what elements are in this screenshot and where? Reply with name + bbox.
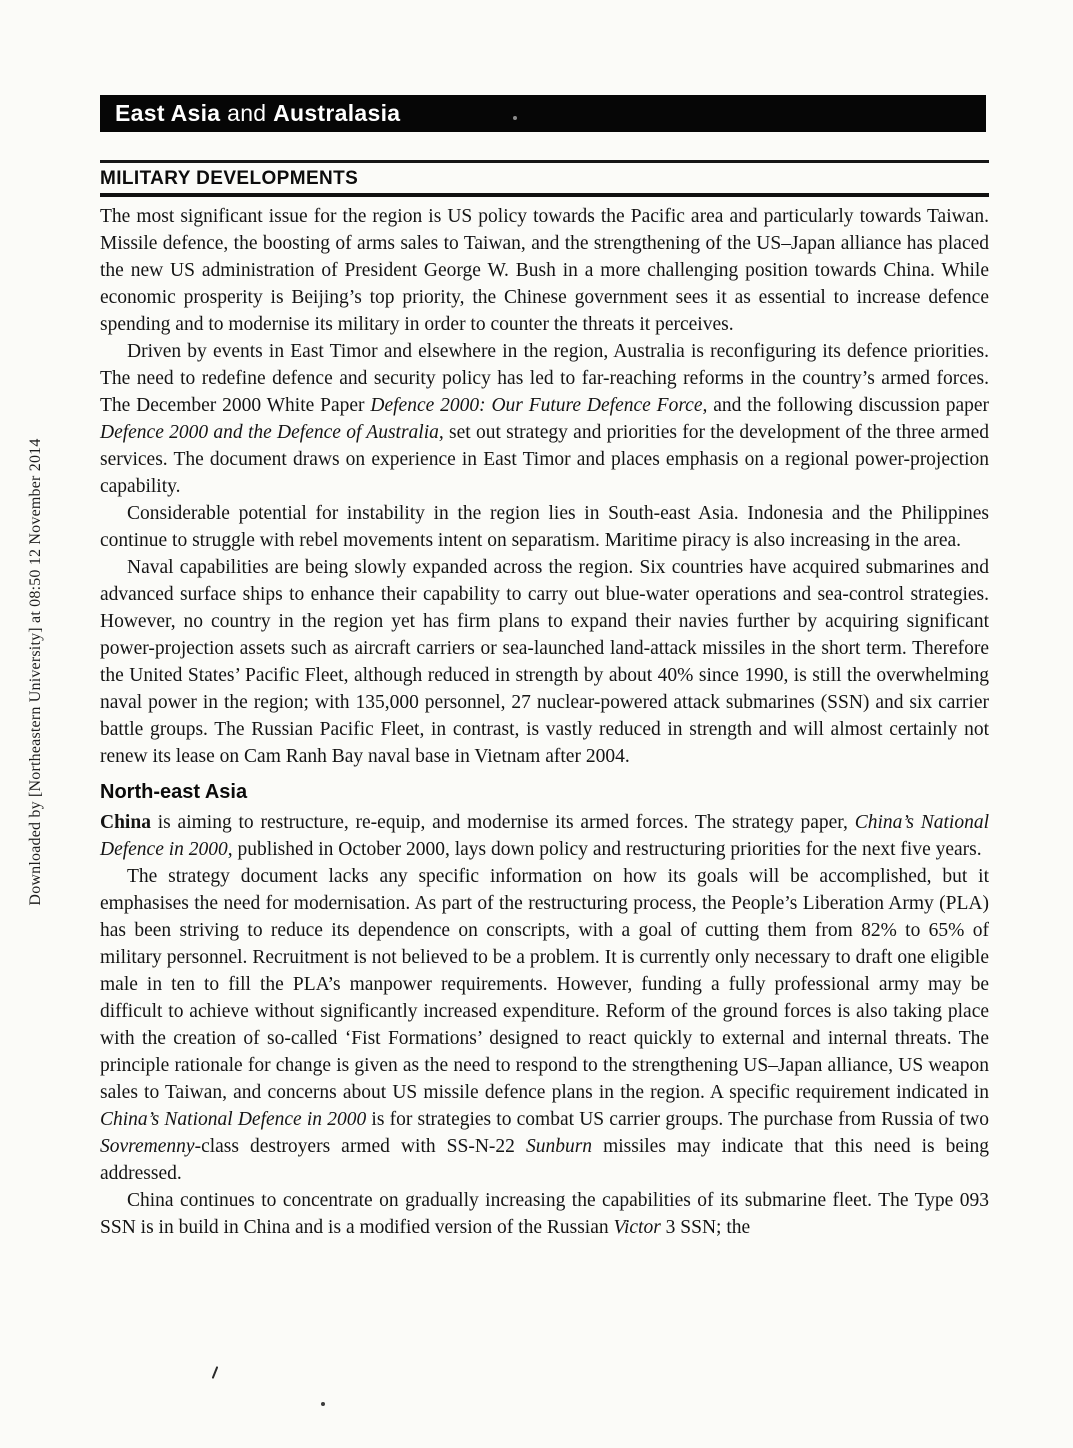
text-run: -class destroyers armed with SS-N-22 — [195, 1136, 526, 1157]
chapter-title: East Asia and Australasia — [115, 100, 400, 127]
text-run: Defence 2000: Our Future Defence Force, — [370, 395, 707, 416]
paragraph: Considerable potential for instability i… — [100, 500, 989, 554]
text-run: China’s National Defence in 2000 — [100, 1109, 366, 1130]
paragraph: China is aiming to restructure, re-equip… — [100, 809, 989, 863]
download-watermark: Downloaded by [Northeastern University] … — [27, 438, 45, 905]
scan-artifact-speck — [513, 116, 517, 120]
text-run: The strategy document lacks any specific… — [100, 866, 989, 1103]
text-run: Sovremenny — [100, 1136, 195, 1157]
page-content: East Asia and Australasia MILITARY DEVEL… — [100, 95, 989, 1241]
scan-artifact-tick — [212, 1366, 219, 1379]
text-run: 3 SSN; the — [661, 1217, 750, 1238]
paragraph: The most significant issue for the regio… — [100, 203, 989, 338]
chapter-banner: East Asia and Australasia — [100, 95, 986, 132]
body-text: The most significant issue for the regio… — [100, 203, 989, 1241]
text-run: and — [220, 100, 273, 126]
text-run: , published in October 2000, lays down p… — [228, 839, 982, 860]
text-run: Sunburn — [526, 1136, 592, 1157]
text-run: Defence 2000 and the Defence of Australi… — [100, 422, 444, 443]
text-run: Victor — [613, 1217, 660, 1238]
text-run: Australasia — [273, 100, 400, 126]
text-run: East Asia — [115, 100, 220, 126]
section-heading: MILITARY DEVELOPMENTS — [100, 168, 989, 190]
subsection-heading: North-east Asia — [100, 781, 989, 804]
text-run: China — [100, 812, 151, 833]
text-run: Considerable potential for instability i… — [100, 503, 989, 551]
text-run: China continues to concentrate on gradua… — [100, 1190, 989, 1238]
scan-artifact-dot — [321, 1402, 325, 1406]
text-run: and the following discussion paper — [707, 395, 989, 416]
text-run: is aiming to restructure, re-equip, and … — [151, 812, 855, 833]
paragraph: The strategy document lacks any specific… — [100, 863, 989, 1187]
text-run: is for strategies to combat US carrier g… — [366, 1109, 989, 1130]
heading-rule-top — [100, 160, 989, 163]
paragraph: Driven by events in East Timor and elsew… — [100, 338, 989, 500]
paragraph: Naval capabilities are being slowly expa… — [100, 554, 989, 770]
paragraph: China continues to concentrate on gradua… — [100, 1187, 989, 1241]
text-run: The most significant issue for the regio… — [100, 206, 989, 335]
text-run: Naval capabilities are being slowly expa… — [100, 557, 989, 767]
heading-rule-bottom — [100, 193, 989, 197]
